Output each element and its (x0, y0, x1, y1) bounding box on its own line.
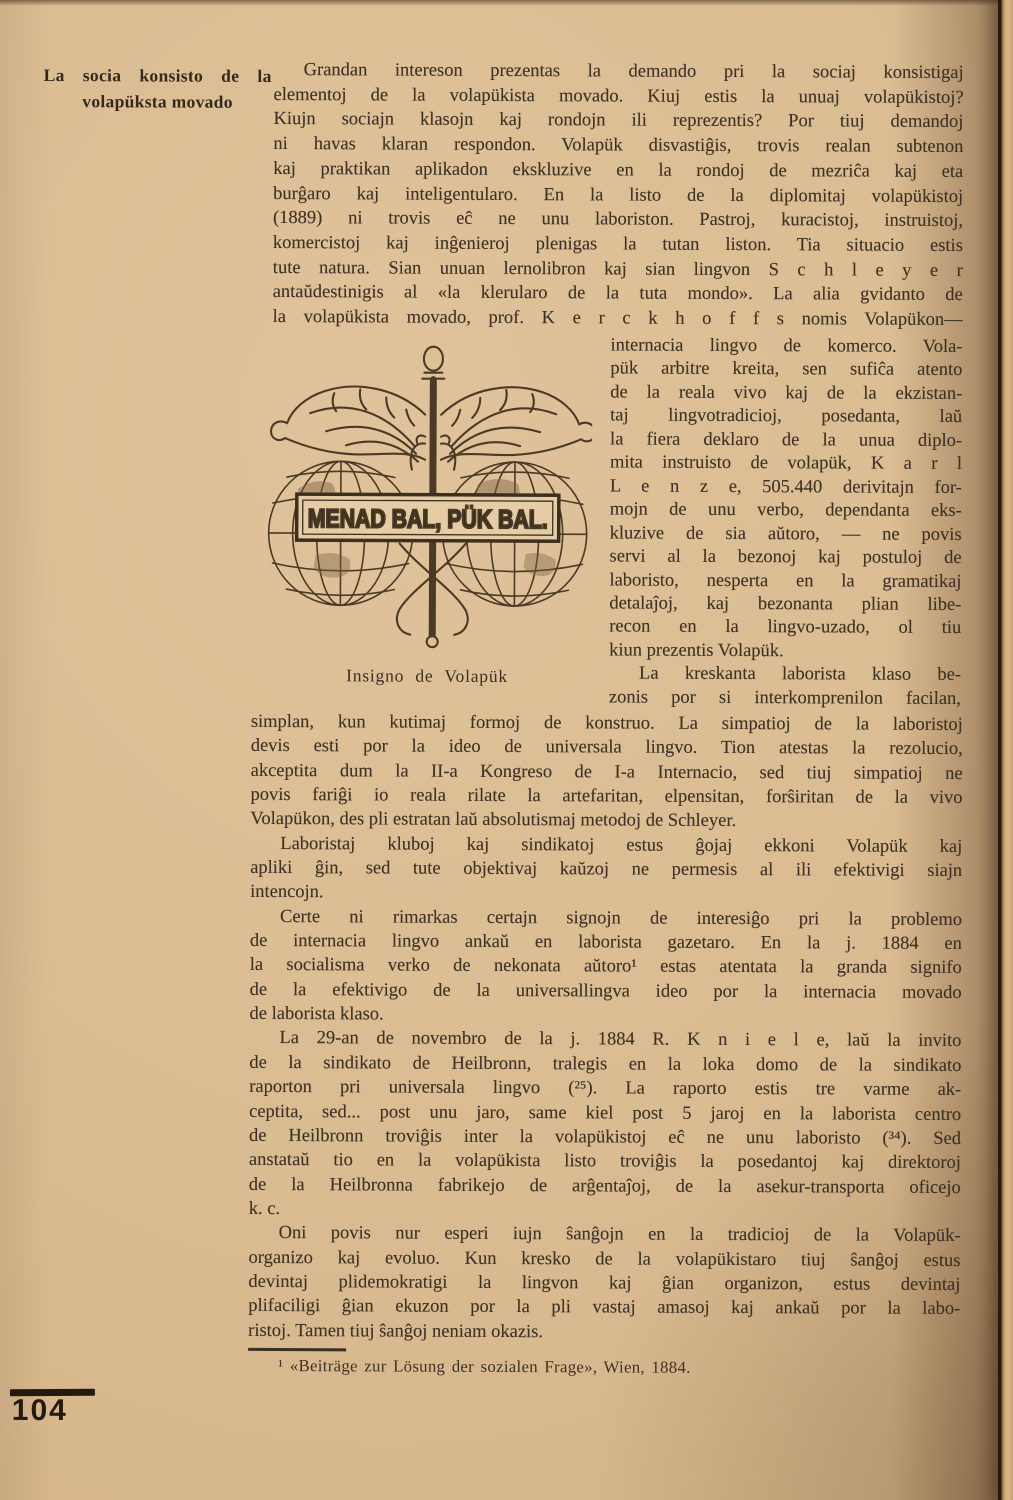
text-line: mita instruisto de volapük, K a r l (610, 452, 962, 477)
page-edge (998, 0, 1013, 1500)
footnote-rule (248, 1348, 346, 1351)
banner-text: MENAD BAL, PÜK BAL. (308, 503, 548, 534)
text-line: raporton pri universala lingvo (²⁵). La … (249, 1075, 961, 1102)
text-line: (1889) ni trovis eĉ ne unu laboriston. P… (273, 206, 963, 234)
footnote: ¹ «Beiträge zur Lösung der sozialen Frag… (248, 1356, 960, 1379)
text-line: L e n z e, 505.440 derivitajn for- (610, 475, 962, 500)
text-line: zonis por si interkomprenilon facilan, (609, 686, 961, 711)
text-line: de la sindikato de Heilbronn, tralegis e… (249, 1051, 961, 1078)
text-line: anstataŭ tio en la volapükista listo tro… (249, 1148, 961, 1175)
book-page: La socia konsisto de la volapüksta movad… (0, 0, 1013, 1500)
volapuk-insignia-figure: MENAD BAL, PÜK BAL. (263, 341, 592, 664)
text-line: tute natura. Sian unuan lernolibron kaj … (273, 256, 963, 284)
page-number: 104 (12, 1394, 68, 1428)
text-line: de la Heilbronna fabrikejo de arĝentaĵoj… (249, 1172, 961, 1199)
text-line: servi al la bezonoj kaj postuloj de (610, 546, 962, 571)
text-line: de internacia lingvo ankaŭ en laborista … (250, 929, 962, 956)
text-line: pük arbitre kreita, sen sufiĉa atento (610, 358, 962, 383)
text-line: apliki ĝin, sed tute objektivaj kaŭzoj n… (250, 856, 962, 883)
text-line: elementoj de la volapükista movado. Kiuj… (274, 83, 964, 111)
text-line: laboristo, nesperta en la gramatikaj (609, 569, 961, 594)
figure-caption: Insigno de Volapük (263, 665, 591, 687)
text-line: detalaĵoj, kaj bezonanta plian libe- (609, 592, 961, 617)
text-line: akceptita dum la II-a Kongreso de I-a In… (251, 759, 963, 786)
text-line: La kreskanta laborista klaso be- (609, 663, 961, 688)
text-line: ristoj. Tamen tiuj ŝanĝoj neniam okazis. (248, 1318, 960, 1345)
text-line: Oni povis nur esperi iujn ŝanĝojn en la … (249, 1221, 961, 1248)
text-line: intencojn. (250, 880, 962, 907)
text-line: komercistoj kaj inĝenieroj plenigas la t… (273, 231, 963, 259)
text-line: la socialisma verko de nekonata aŭtoro¹ … (250, 953, 962, 980)
text-line: internacia lingvo de komerco. Vola- (610, 334, 962, 359)
text-line: kaj praktikan aplikadon ekskluzive en la… (273, 157, 963, 185)
text-line: simplan, kun kutimaj formoj de konstruo.… (251, 710, 963, 737)
text-line: Laboristaj kluboj kaj sindikatoj estus ĝ… (250, 832, 962, 859)
text-line: kiun prezentis Volapük. (609, 639, 961, 664)
text-line: de la reala vivo kaj de la ekzistan- (610, 381, 962, 406)
text-line: la volapükista movado, prof. K e r c k h… (273, 305, 963, 333)
wing-icon (441, 387, 593, 462)
text-line: de laborista klaso. (250, 1002, 962, 1029)
margin-heading-line: volapüksta movado (43, 88, 271, 115)
text-line: organizo kaj evoluo. Kun kresko de la vo… (248, 1245, 960, 1272)
text-line: plifaciligi ĝian ekuzon por la pli vasta… (248, 1294, 960, 1321)
text-line: de Heilbronn troviĝis inter la volapükis… (249, 1124, 961, 1151)
wing-icon (271, 386, 425, 461)
text-line: mojn de unu verbo, dependanta eks- (610, 499, 962, 524)
lower-paragraphs: simplan, kun kutimaj formoj de konstruo.… (248, 710, 963, 1346)
text-line: ceptita, sed... post unu jaro, same kiel… (249, 1099, 961, 1126)
text-line: povis fariĝi io reala rilate la artefari… (250, 783, 962, 810)
margin-heading-line: La socia konsisto de la (44, 62, 272, 89)
text-line: taj lingvotradicioj, posedanta, laŭ (610, 405, 962, 430)
text-line: k. c. (249, 1197, 961, 1224)
text-line: Volapükon, des pli estratan laŭ absoluti… (250, 807, 962, 834)
text-line: de la efektivigo de la universallingva i… (250, 978, 962, 1005)
text-line: Kiujn sociajn klasojn kaj rondojn ili re… (273, 107, 963, 135)
margin-heading: La socia konsisto de la volapüksta movad… (43, 62, 271, 115)
text-line: La 29-an de novembro de la j. 1884 R. K … (249, 1026, 961, 1053)
insignia-illustration: MENAD BAL, PÜK BAL. (263, 341, 592, 664)
opening-paragraph: Grandan intereson prezentas la demando p… (273, 58, 964, 333)
text-line: Grandan intereson prezentas la demando p… (274, 58, 964, 86)
right-column: internacia lingvo de komerco. Vola- pük … (609, 334, 963, 711)
banner: MENAD BAL, PÜK BAL. (297, 494, 559, 541)
text-line: la fiera deklaro de la unua diplo- (610, 428, 962, 453)
text-line: devis esti por la ideo de universala lin… (251, 734, 963, 761)
text-line: recon en la lingvo-uzado, ol tiu (609, 616, 961, 641)
text-line: ni havas klaran respondon. Volapük disva… (273, 132, 963, 160)
text-line: devintaj plidemokratigi la lingvon kaj ĝ… (248, 1270, 960, 1297)
text-line: antaŭdestinigis al «la klerularo de la t… (273, 280, 963, 308)
text-line: Certe ni rimarkas certajn signojn de int… (250, 905, 962, 932)
text-line: kluzive de sia aŭtoro, — ne povis (610, 522, 962, 547)
text-line: burĝaro kaj inteligentularo. En la listo… (273, 182, 963, 210)
